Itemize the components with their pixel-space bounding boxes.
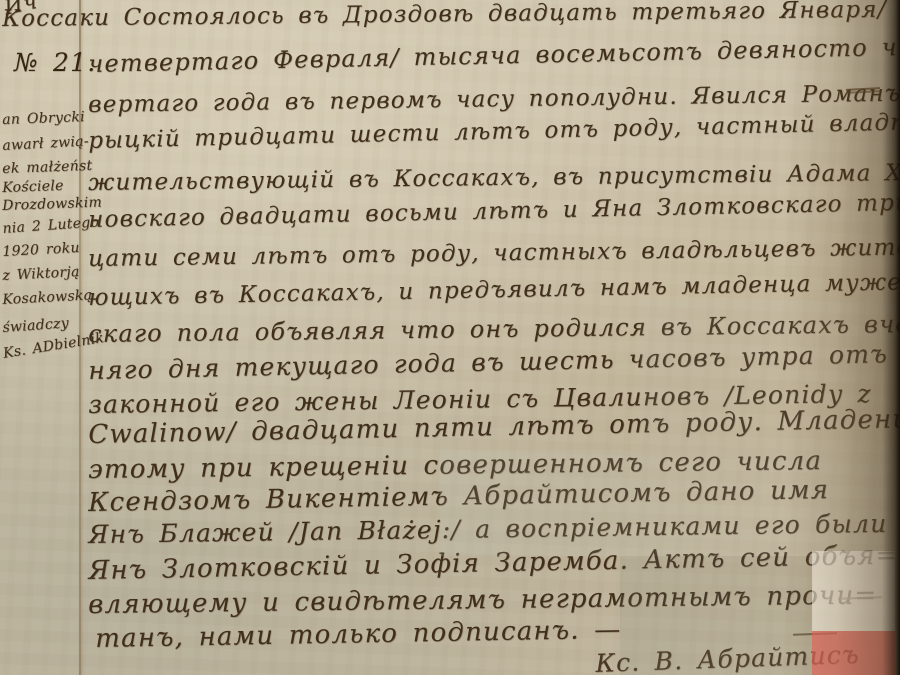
handwriting-line: вляющему и свидѣтелямъ неграмотнымъ проч… — [88, 580, 878, 620]
handwriting-line: новскаго двадцати восьми лѣтъ и Яна Злот… — [88, 189, 900, 233]
margin-note-line: an Obrycki — [2, 109, 85, 128]
handwriting-line: танъ, нами только подписанъ. — — [95, 615, 622, 654]
handwriting-line: жительствующій въ Коссакахъ, въ присутст… — [88, 159, 900, 196]
priest-signature: Кс. В. Абрайтисъ — [595, 640, 860, 675]
margin-note-line: świadczy — [2, 315, 69, 336]
margin-note-line: 1920 roku — [2, 240, 80, 260]
handwriting-line: цати семи лѣтъ отъ роду, частныхъ владѣл… — [88, 233, 900, 272]
margin-note-line: z Wiktorją — [2, 264, 80, 284]
handwriting-line: Коссаки Состоялось въ Дроздовѣ двадцать … — [2, 0, 887, 32]
margin-note-line: nia 2 Lutego — [2, 214, 100, 237]
handwriting-line: четвертаго Февраля/ тысяча восемьсотъ де… — [88, 32, 900, 78]
margin-note-line: ek małżeńst — [2, 158, 93, 177]
register-page-scan: Ич № 21. an Obryckiawarł zwią-ek małżeńs… — [0, 0, 900, 675]
margin-note-line: awarł zwią- — [2, 133, 89, 154]
handwriting-line: ющихъ въ Коссакахъ, и предъявилъ намъ мл… — [88, 269, 900, 311]
ink-underline — [793, 632, 837, 636]
act-number: № 21. — [14, 48, 96, 77]
margin-note-line: Kościele — [2, 178, 64, 196]
